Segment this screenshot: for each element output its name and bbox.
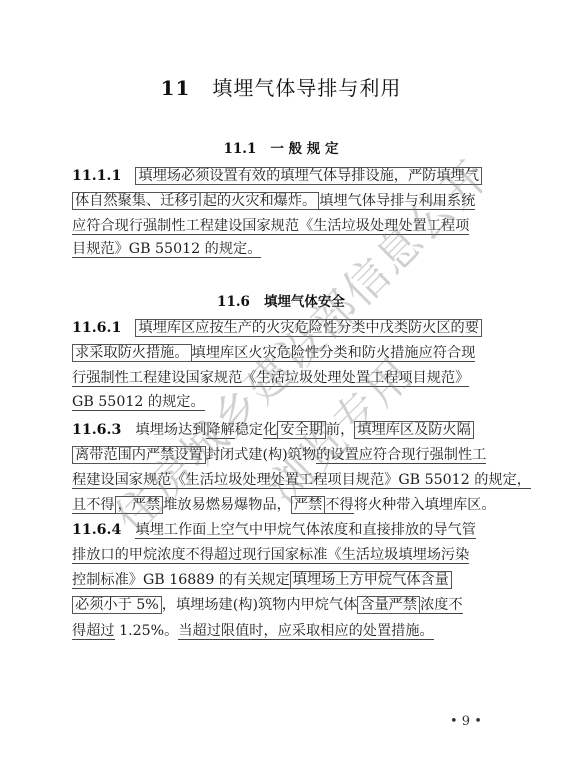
underlined-text: 不得 <box>325 497 353 514</box>
clause-line: 目规范》GB 55012 的规定。 <box>72 239 502 259</box>
boxed-text: 必须小于 5% <box>72 596 162 614</box>
clause-line: 必须小于 5%，填埋场建(构)筑物内甲烷气体含量严禁浓度不 <box>72 595 502 615</box>
clause-line: GB 55012 的规定。 <box>72 392 502 412</box>
clause-line: 行强制性工程建设国家规范《生活垃圾处理处置工程项目规范》 <box>72 368 502 388</box>
boxed-text: 填埋场必须设置有效的填埋气体导排设施，严防填埋气 <box>135 167 482 185</box>
section-title-11-1: 11.1一 般 规 定 <box>0 137 562 157</box>
underlined-text: 行强制性工程建设国家规范《生活垃圾处理处置工程项目规范》 <box>72 370 469 387</box>
underlined-text: 控制标准》GB 16889 的有关规定 <box>72 572 290 589</box>
clause-line: 11.6.4填埋工作面上空气中甲烷气体浓度和直接排放的导气管 <box>72 520 502 540</box>
section-title-11-6: 11.6填埋气体安全 <box>0 290 562 310</box>
boxed-text: 填埋库区应按生产的火灾危险性分类中戊类防火区的要 <box>135 319 482 337</box>
clause-number: 11.6.4 <box>72 522 121 538</box>
clause-number: 11.1.1 <box>72 168 121 184</box>
underlined-text: 填埋工作面上空气中甲烷气体浓度和直接排放的导气管 <box>135 522 476 539</box>
chapter-title: 11填埋气体导排与利用 <box>0 72 562 101</box>
body-text: 填埋场达到 <box>135 422 206 438</box>
underlined-text: 填埋库区火灾危险性分类和防火措施应符合现 <box>192 345 476 362</box>
boxed-text: 体自然聚集、迁移引起的火灾和爆炸。 <box>72 192 319 210</box>
underlined-text: 填埋气体导排与利用系统 <box>319 193 475 210</box>
underlined-text: GB 55012 的规定。 <box>72 394 205 411</box>
clause-line: 且不得，严禁堆放易燃易爆物品，严禁不得将火种带入填埋库区。 <box>72 495 502 515</box>
body-text: 前， <box>326 422 354 438</box>
section-number: 11.1 <box>224 141 257 157</box>
boxed-text: 填埋库区及防火隔 <box>354 421 474 439</box>
boxed-text: 严禁 <box>291 496 325 514</box>
clause-number: 11.6.3 <box>72 422 121 438</box>
page-number: • 9 • <box>450 714 482 729</box>
underlined-text: 的设置应符合现行强制性工 <box>316 447 486 464</box>
document-page: 11填埋气体导排与利用 11.1一 般 规 定 11.1.1填埋场必须设置有效的… <box>0 0 562 759</box>
chapter-number: 11 <box>161 76 191 100</box>
underlined-text: 应符合现行强制性工程建设国家规范《生活垃圾处理处置工程项 <box>72 218 469 235</box>
underlined-text: 浓度不 <box>420 597 463 614</box>
clause-line: 程建设国家规范《生活垃圾处理处置工程项目规范》GB 55012 的规定， <box>72 470 502 490</box>
body-text: 稳定 <box>235 422 263 438</box>
underlined-text: 排放口的甲烷浓度不得超过现行国家标准《生活垃圾填埋场污染 <box>72 547 469 564</box>
underlined-text: 目规范》GB 55012 的规定。 <box>72 241 261 258</box>
body-text: 堆放易燃易爆物品， <box>163 497 291 513</box>
body-text: 1.25%。 <box>115 623 179 639</box>
body-text: 封闭式建(构)筑物 <box>206 447 316 463</box>
section-title-text: 一 般 规 定 <box>270 141 338 157</box>
section-number: 11.6 <box>217 294 250 310</box>
boxed-text: 求采取防火措施。 <box>72 344 192 362</box>
boxed-text: 安全期 <box>277 421 326 439</box>
underlined-text: 当超过限值时，应采取相应的处置措施。 <box>178 623 433 640</box>
body-text: ，填埋场建(构)筑物内甲烷气体 <box>162 597 358 613</box>
clause-line: 得超过 1.25%。当超过限值时，应采取相应的处置措施。 <box>72 621 502 641</box>
chapter-title-text: 填埋气体导排与利用 <box>212 76 401 100</box>
clause-line: 求采取防火措施。填埋库区火灾危险性分类和防火措施应符合现 <box>72 343 502 363</box>
clause-line: 应符合现行强制性工程建设国家规范《生活垃圾处理处置工程项 <box>72 216 502 236</box>
underlined-text: 且不得 <box>72 497 115 514</box>
boxed-text: 离带范围内严禁设置 <box>72 446 206 464</box>
boxed-text: 含量严禁 <box>357 596 420 614</box>
clause-line: 排放口的甲烷浓度不得超过现行国家标准《生活垃圾填埋场污染 <box>72 545 502 565</box>
clause-number: 11.6.1 <box>72 320 121 336</box>
body-text: 将火种带入填埋库区。 <box>354 497 496 513</box>
clause-line: 控制标准》GB 16889 的有关规定填埋场上方甲烷气体含量 <box>72 570 502 590</box>
section-title-text: 填埋气体安全 <box>264 294 345 310</box>
clause-line: 11.1.1填埋场必须设置有效的填埋气体导排设施，严防填埋气 <box>72 166 502 186</box>
underlined-text: 降解 <box>206 422 234 439</box>
underlined-text: 程建设国家规范《生活垃圾处理处置工程项目规范》GB 55012 的规定， <box>72 472 531 489</box>
clause-line: 体自然聚集、迁移引起的火灾和爆炸。填埋气体导排与利用系统 <box>72 191 502 211</box>
clause-line: 11.6.1填埋库区应按生产的火灾危险性分类中戊类防火区的要 <box>72 318 502 338</box>
boxed-text: ，严禁 <box>115 496 164 514</box>
boxed-text: 填埋场上方甲烷气体含量 <box>290 571 452 589</box>
underlined-text: 得超过 <box>72 623 115 640</box>
clause-line: 离带范围内严禁设置封闭式建(构)筑物的设置应符合现行强制性工 <box>72 445 502 465</box>
clause-line: 11.6.3填埋场达到降解稳定化安全期前，填埋库区及防火隔 <box>72 420 502 440</box>
underlined-text: 化 <box>263 422 277 439</box>
